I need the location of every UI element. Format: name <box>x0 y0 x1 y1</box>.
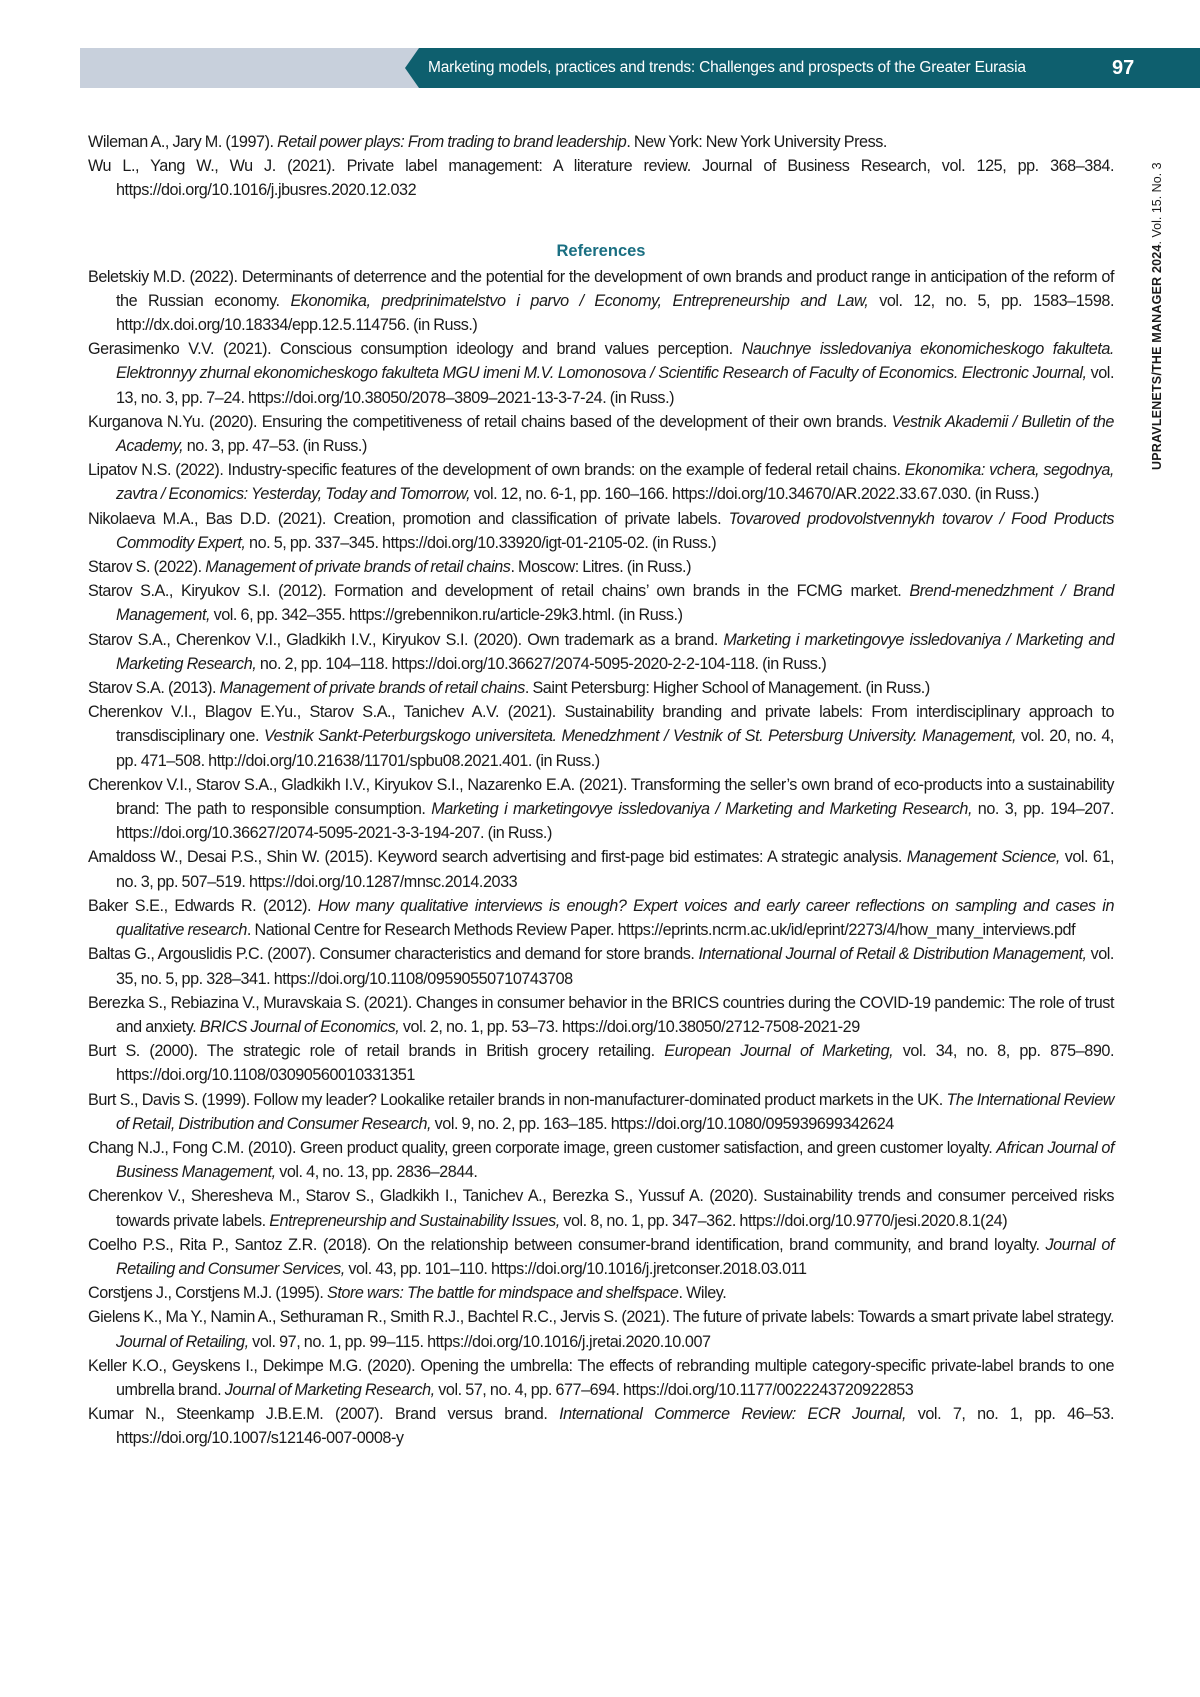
reference-text: Baker S.E., Edwards R. (2012). <box>88 897 318 915</box>
reference-entry: Cherenkov V.I., Blagov E.Yu., Starov S.A… <box>88 700 1114 773</box>
reference-entry: Lipatov N.S. (2022). Industry-specific f… <box>88 458 1114 506</box>
reference-source-title: Retail power plays: From trading to bran… <box>277 133 626 151</box>
journal-issue: . Vol. 15. No. 3 <box>1150 162 1164 244</box>
reference-entry: Starov S.A. (2013). Management of privat… <box>88 676 1114 700</box>
reference-text: Wu L., Yang W., Wu J. (2021). Private la… <box>88 157 1114 199</box>
reference-source-title: Management of private brands of retail c… <box>220 679 525 697</box>
reference-text: vol. 8, no. 1, pp. 347–362. https://doi.… <box>560 1212 1007 1230</box>
reference-entry: Burt S., Davis S. (1999). Follow my lead… <box>88 1088 1114 1136</box>
reference-source-title: Store wars: The battle for mindspace and… <box>327 1284 678 1302</box>
reference-text: Corstjens J., Corstjens M.J. (1995). <box>88 1284 327 1302</box>
reference-entry: Starov S.A., Cherenkov V.I., Gladkikh I.… <box>88 628 1114 676</box>
reference-entry: Gielens K., Ma Y., Namin A., Sethuraman … <box>88 1305 1114 1353</box>
reference-text: Kurganova N.Yu. (2020). Ensuring the com… <box>88 413 892 431</box>
reference-text: Burt S. (2000). The strategic role of re… <box>88 1042 664 1060</box>
journal-name: UPRAVLENETS/THE MANAGER 2024 <box>1150 244 1164 470</box>
reference-text: Chang N.J., Fong C.M. (2010). Green prod… <box>88 1139 996 1157</box>
reference-text: Burt S., Davis S. (1999). Follow my lead… <box>88 1091 946 1109</box>
reference-text: Baltas G., Argouslidis P.C. (2007). Cons… <box>88 945 698 963</box>
reference-source-title: Marketing i marketingovye issledovaniya … <box>431 800 972 818</box>
reference-entry: Amaldoss W., Desai P.S., Shin W. (2015).… <box>88 845 1114 893</box>
reference-text: . National Centre for Research Methods R… <box>247 921 1075 939</box>
reference-source-title: International Journal of Retail & Distri… <box>698 945 1086 963</box>
reference-text: vol. 97, no. 1, pp. 99–115. https://doi.… <box>249 1333 711 1351</box>
reference-text: Starov S. (2022). <box>88 558 205 576</box>
reference-text: no. 2, pp. 104–118. https://doi.org/10.3… <box>256 655 826 673</box>
reference-text: Starov S.A., Cherenkov V.I., Gladkikh I.… <box>88 631 723 649</box>
reference-text: Gerasimenko V.V. (2021). Conscious consu… <box>88 340 742 358</box>
page-number: 97 <box>1112 48 1134 88</box>
reference-entry: Coelho P.S., Rita P., Santoz Z.R. (2018)… <box>88 1233 1114 1281</box>
reference-source-title: European Journal of Marketing, <box>664 1042 893 1060</box>
reference-entry: Keller K.O., Geyskens I., Dekimpe M.G. (… <box>88 1354 1114 1402</box>
reference-entry: Gerasimenko V.V. (2021). Conscious consu… <box>88 337 1114 410</box>
reference-entry: Starov S.A., Kiryukov S.I. (2012). Forma… <box>88 579 1114 627</box>
references-list: Beletskiy M.D. (2022). Determinants of d… <box>88 265 1114 1451</box>
reference-text: vol. 9, no. 2, pp. 163–185. https://doi.… <box>431 1115 894 1133</box>
reference-source-title: Management of private brands of retail c… <box>205 558 510 576</box>
reference-text: Lipatov N.S. (2022). Industry-specific f… <box>88 461 905 479</box>
journal-side-label: UPRAVLENETS/THE MANAGER 2024. Vol. 15. N… <box>1150 162 1164 470</box>
reference-source-title: Journal of Marketing Research, <box>225 1381 435 1399</box>
reference-text: Coelho P.S., Rita P., Santoz Z.R. (2018)… <box>88 1236 1046 1254</box>
reference-text: Starov S.A. (2013). <box>88 679 220 697</box>
reference-text: . New York: New York University Press. <box>626 133 887 151</box>
reference-text: vol. 57, no. 4, pp. 677–694. https://doi… <box>435 1381 914 1399</box>
reference-text: vol. 2, no. 1, pp. 53–73. https://doi.or… <box>399 1018 859 1036</box>
reference-text: . Moscow: Litres. (in Russ.) <box>510 558 691 576</box>
reference-text: Amaldoss W., Desai P.S., Shin W. (2015).… <box>88 848 907 866</box>
reference-entry: Nikolaeva M.A., Bas D.D. (2021). Creatio… <box>88 507 1114 555</box>
reference-entry: Beletskiy M.D. (2022). Determinants of d… <box>88 265 1114 338</box>
reference-entry: Kurganova N.Yu. (2020). Ensuring the com… <box>88 410 1114 458</box>
references-heading: References <box>88 239 1114 263</box>
reference-text: no. 5, pp. 337–345. https://doi.org/10.3… <box>245 534 716 552</box>
reference-entry: Wu L., Yang W., Wu J. (2021). Private la… <box>88 154 1114 202</box>
reference-text: Kumar N., Steenkamp J.B.E.M. (2007). Bra… <box>88 1405 559 1423</box>
reference-entry: Wileman A., Jary M. (1997). Retail power… <box>88 130 1114 154</box>
reference-source-title: Journal of Retailing, <box>116 1333 249 1351</box>
reference-text: . Saint Petersburg: Higher School of Man… <box>525 679 930 697</box>
reference-text: Gielens K., Ma Y., Namin A., Sethuraman … <box>88 1308 1114 1326</box>
reference-entry: Cherenkov V.I., Starov S.A., Gladkikh I.… <box>88 773 1114 846</box>
reference-entry: Berezka S., Rebiazina V., Muravskaia S. … <box>88 991 1114 1039</box>
reference-entry: Baltas G., Argouslidis P.C. (2007). Cons… <box>88 942 1114 990</box>
reference-source-title: BRICS Journal of Economics, <box>200 1018 400 1036</box>
reference-source-title: International Commerce Review: ECR Journ… <box>559 1405 906 1423</box>
reference-source-title: Entrepreneurship and Sustainability Issu… <box>269 1212 560 1230</box>
reference-text: no. 3, pp. 47–53. (in Russ.) <box>183 437 367 455</box>
reference-entry: Corstjens J., Corstjens M.J. (1995). Sto… <box>88 1281 1114 1305</box>
reference-text: vol. 6, pp. 342–355. https://grebennikon… <box>210 606 682 624</box>
reference-text: vol. 12, no. 6-1, pp. 160–166. https://d… <box>470 485 1039 503</box>
reference-text: . Wiley. <box>679 1284 727 1302</box>
reference-source-title: Vestnik Sankt-Peterburgskogo universitet… <box>264 727 1016 745</box>
reference-entry: Starov S. (2022). Management of private … <box>88 555 1114 579</box>
reference-entry: Chang N.J., Fong C.M. (2010). Green prod… <box>88 1136 1114 1184</box>
running-title: Marketing models, practices and trends: … <box>428 48 1026 88</box>
page-body: Wileman A., Jary M. (1997). Retail power… <box>88 130 1114 1451</box>
reference-entry: Burt S. (2000). The strategic role of re… <box>88 1039 1114 1087</box>
reference-text: Starov S.A., Kiryukov S.I. (2012). Forma… <box>88 582 909 600</box>
reference-entry: Kumar N., Steenkamp J.B.E.M. (2007). Bra… <box>88 1402 1114 1450</box>
preceding-bibliography: Wileman A., Jary M. (1997). Retail power… <box>88 130 1114 203</box>
reference-source-title: Ekonomika, predprinimatelstvo i parvo / … <box>290 292 868 310</box>
reference-entry: Baker S.E., Edwards R. (2012). How many … <box>88 894 1114 942</box>
reference-source-title: Management Science, <box>907 848 1060 866</box>
reference-text: Nikolaeva M.A., Bas D.D. (2021). Creatio… <box>88 510 729 528</box>
reference-text: vol. 4, no. 13, pp. 2836–2844. <box>276 1163 478 1181</box>
reference-text: vol. 43, pp. 101–110. https://doi.org/10… <box>345 1260 807 1278</box>
reference-text: Wileman A., Jary M. (1997). <box>88 133 277 151</box>
reference-entry: Cherenkov V., Sheresheva M., Starov S., … <box>88 1184 1114 1232</box>
